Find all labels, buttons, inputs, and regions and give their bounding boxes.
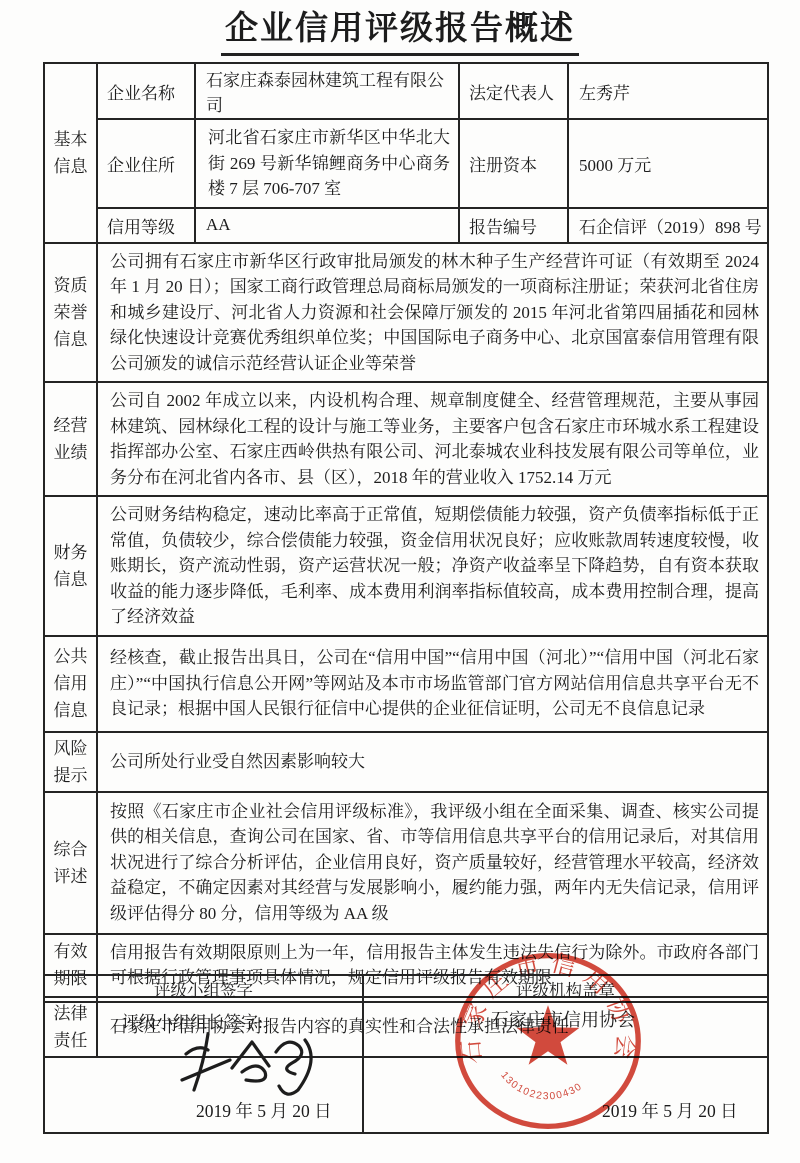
section-content: 按照《石家庄市企业社会信用评级标准》，我评级小组在全面采集、调查、核实公司提供的…	[97, 792, 768, 934]
credit-grade-value: AA	[195, 208, 459, 243]
section-content: 公司自 2002 年成立以来，内设机构合理、规章制度健全、经营管理规范，主要从事…	[97, 382, 768, 496]
address-value: 河北省石家庄市新华区中华北大街 269 号新华锦鲤商务中心商务楼 7 层 706…	[195, 119, 459, 208]
report-number-value: 石企信评（2019）898 号	[568, 208, 768, 243]
legal-rep-label: 法定代表人	[459, 63, 568, 119]
company-name-label: 企业名称	[97, 63, 195, 119]
team-signature-date: 2019 年 5 月 20 日	[196, 1098, 332, 1123]
section-row-comprehensive-review: 综合评述 按照《石家庄市企业社会信用评级标准》，我评级小组在全面采集、调查、核实…	[44, 792, 768, 934]
report-number-label: 报告编号	[459, 208, 568, 243]
signoff-header-row: 评级小组签字 评级机构盖章	[44, 975, 768, 1002]
team-signature-header: 评级小组签字	[44, 975, 363, 1002]
section-content: 经核查，截止报告出具日，公司在“信用中国”“信用中国（河北）”“信用中国（河北石…	[97, 636, 768, 732]
document-page: 企业信用评级报告概述 基本信息 企业名称 石家庄森泰园林建筑工程有限公司 法定代…	[0, 0, 800, 1163]
section-label: 资质荣誉信息	[44, 243, 97, 383]
section-label: 公共信用信息	[44, 636, 97, 732]
section-row-financial-info: 财务信息 公司财务结构稳定，速动比率高于正常值，短期偿债能力较强，资产负债率指标…	[44, 496, 768, 636]
page-title: 企业信用评级报告概述	[0, 8, 800, 56]
company-name-value: 石家庄森泰园林建筑工程有限公司	[195, 63, 459, 119]
registered-capital-value: 5000 万元	[568, 119, 768, 208]
section-row-business-performance: 经营业绩 公司自 2002 年成立以来，内设机构合理、规章制度健全、经营管理规范…	[44, 382, 768, 496]
section-label: 财务信息	[44, 496, 97, 636]
section-content: 公司所处行业受自然因素影响较大	[97, 732, 768, 792]
seal-number: 1301022300430	[498, 1070, 584, 1102]
registered-capital-label: 注册资本	[459, 119, 568, 208]
section-label: 综合评述	[44, 792, 97, 934]
section-label: 经营业绩	[44, 382, 97, 496]
seal-star-icon	[517, 1005, 580, 1065]
report-table: 基本信息 企业名称 石家庄森泰园林建筑工程有限公司 法定代表人 左秀芹 企业住所…	[43, 62, 769, 1058]
page-title-text: 企业信用评级报告概述	[221, 8, 579, 56]
section-label-basic-info: 基本信息	[44, 63, 97, 243]
section-label: 风险提示	[44, 732, 97, 792]
legal-rep-value: 左秀芹	[568, 63, 768, 119]
table-row: 基本信息 企业名称 石家庄森泰园林建筑工程有限公司 法定代表人 左秀芹	[44, 63, 768, 119]
section-row-public-credit: 公共信用信息 经核查，截止报告出具日，公司在“信用中国”“信用中国（河北）”“信…	[44, 636, 768, 732]
credit-grade-label: 信用等级	[97, 208, 195, 243]
official-seal-stamp: 石家庄市信用协会 1301022300430	[451, 948, 645, 1134]
section-row-risk-notice: 风险提示 公司所处行业受自然因素影响较大	[44, 732, 768, 792]
section-row-qualifications: 资质荣誉信息 公司拥有石家庄市新华区行政审批局颁发的林木种子生产经营许可证（有效…	[44, 243, 768, 383]
section-content: 公司财务结构稳定，速动比率高于正常值，短期偿债能力较强，资产负债率指标低于正常值…	[97, 496, 768, 636]
table-row: 信用等级 AA 报告编号 石企信评（2019）898 号	[44, 208, 768, 243]
table-row: 企业住所 河北省石家庄市新华区中华北大街 269 号新华锦鲤商务中心商务楼 7 …	[44, 119, 768, 208]
handwritten-signature	[168, 1022, 328, 1102]
address-label: 企业住所	[97, 119, 195, 208]
section-content: 公司拥有石家庄市新华区行政审批局颁发的林木种子生产经营许可证（有效期至 2024…	[97, 243, 768, 383]
